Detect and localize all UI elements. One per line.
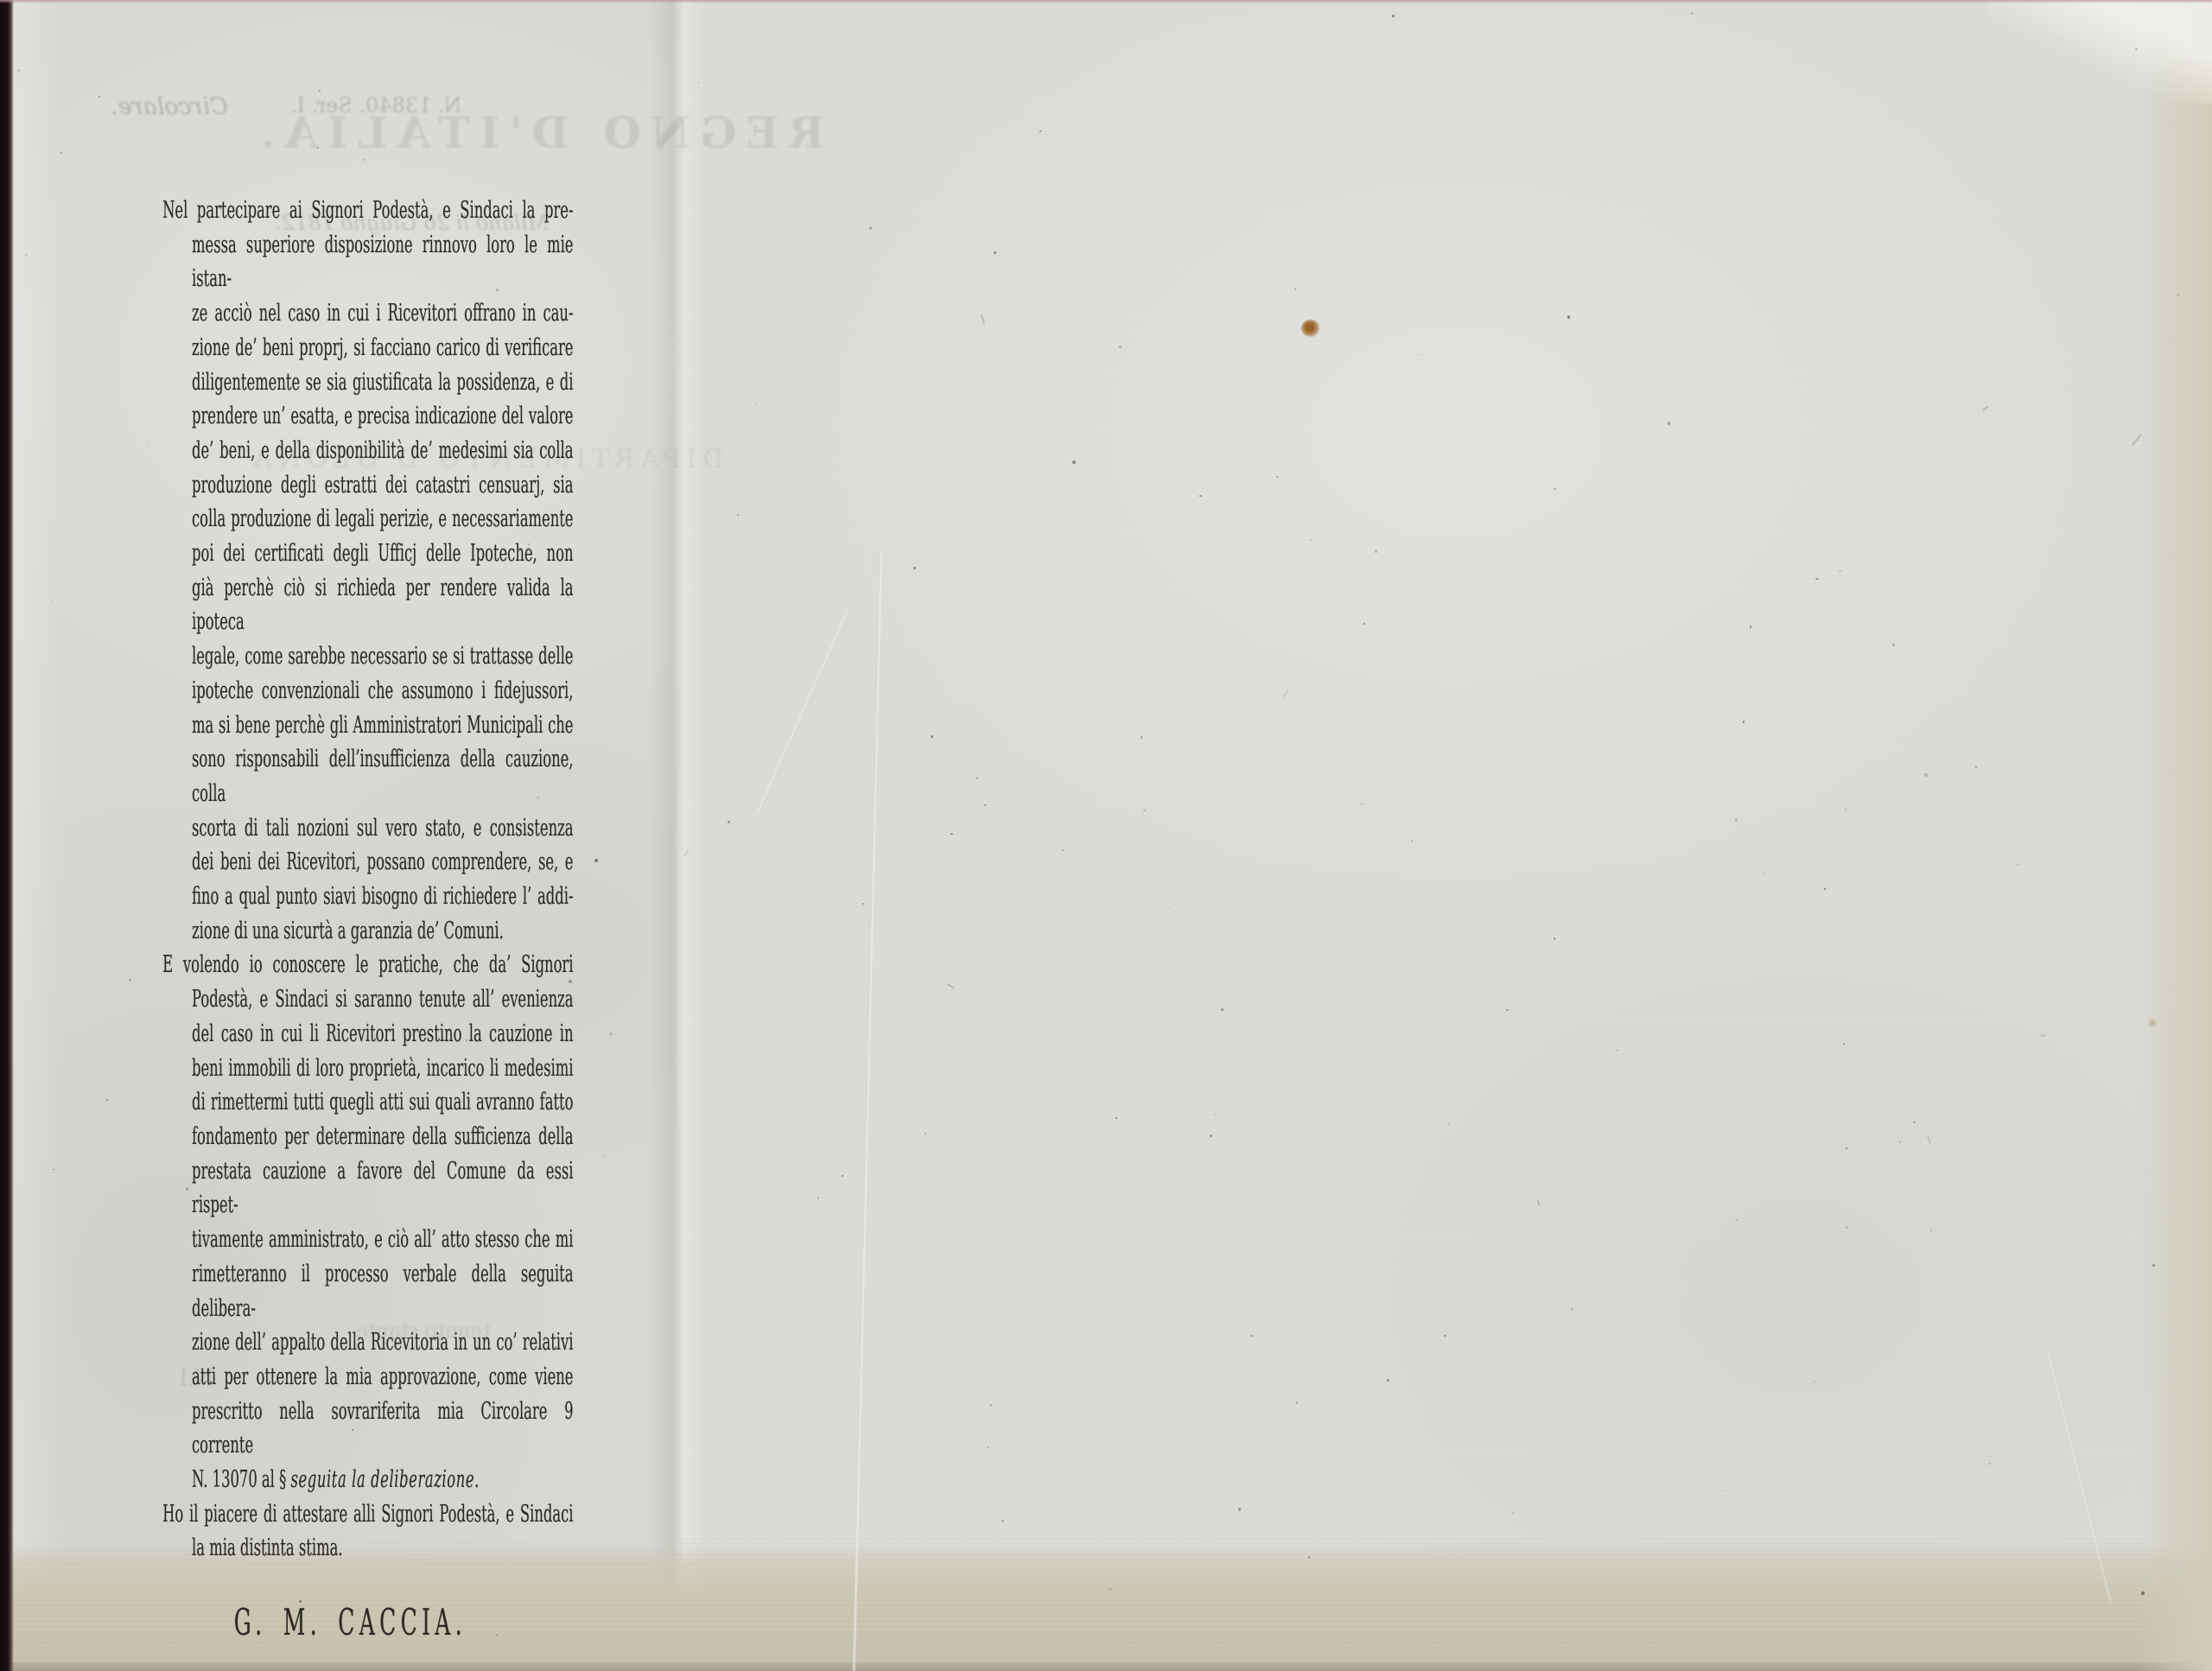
deckle-right-edge [2138, 0, 2212, 1671]
paper-speck [569, 980, 571, 983]
paper-speck [976, 777, 977, 779]
paper-speck [989, 1404, 991, 1407]
text-line: zione de’ beni proprj, si facciano caric… [192, 331, 573, 365]
paper-speck [862, 903, 864, 905]
text-line: E volendo io conoscere le pratiche, che … [162, 948, 573, 982]
body-text-block: Nel partecipare ai Signori Podestà, e Si… [192, 194, 573, 1640]
text-line: scorta di tali nozioni sul vero stato, e… [192, 811, 573, 846]
paper-speck [1839, 570, 1840, 573]
text-line: di rimettermi tutti quegli atti sui qual… [192, 1085, 573, 1120]
paper-speck [1199, 495, 1201, 497]
paper-speck [186, 1187, 188, 1191]
paper-speck [1913, 1121, 1915, 1124]
paper-speck [1072, 461, 1075, 464]
paper-speck [1143, 810, 1146, 812]
paper-speck [25, 254, 26, 256]
text-line: prendere un’ esatta, e precisa indicazio… [192, 399, 573, 434]
bent-corner [1987, 0, 2212, 104]
text-line: poi dei certificati degli Ufficj delle I… [192, 537, 573, 571]
paper-speck [931, 735, 933, 738]
text-line: produzione degli estratti dei catastri c… [192, 468, 573, 503]
text-line: già perchè ciò si richieda per rendere v… [192, 571, 573, 639]
paper-speck [817, 1198, 818, 1199]
text-line: diligentemente se sia giustificata la po… [192, 365, 573, 400]
text-line: de’ beni, e della disponibilità de’ mede… [192, 434, 573, 468]
text-line: dei beni dei Ricevitori, possano compren… [192, 845, 573, 880]
paper-speck [1691, 12, 1694, 14]
paper-speck [1750, 626, 1752, 627]
paper-speck [1001, 1520, 1004, 1522]
paper-speck [1116, 1117, 1116, 1119]
scan-top-edge [0, 0, 2212, 3]
paper-speck [1617, 1050, 1618, 1051]
paper-speck [1119, 346, 1122, 348]
paper-speck [1238, 1508, 1241, 1510]
paper-speck [1924, 773, 1927, 777]
paper-speck [129, 979, 131, 981]
paper-speck [496, 1635, 497, 1636]
paper-speck [1930, 1229, 1932, 1230]
foxing-stain [2146, 1018, 2158, 1028]
paper-speck [1554, 488, 1556, 490]
paper-speck [2141, 1592, 2144, 1595]
paper-speck [319, 90, 321, 91]
paper-speck [2135, 48, 2137, 50]
paper-speck [1392, 15, 1395, 17]
signature: G. M. CACCIA. [234, 1605, 574, 1640]
text-line: rimetteranno il processo verbale della s… [192, 1257, 573, 1325]
text-line: del caso in cui li Ricevitori prestino l… [192, 1017, 573, 1052]
text-line: ipoteche convenzionali che assumono i fi… [192, 674, 573, 708]
paper-speck [1567, 315, 1570, 318]
paper-speck [1843, 1043, 1845, 1045]
text-line: sono risponsabili dell’insufficienza del… [192, 742, 573, 810]
paper-fiber [2038, 1034, 2046, 1036]
paper-speck [2177, 294, 2179, 295]
paper-speck [2017, 864, 2018, 866]
text-line: fondamento per determinare della suffici… [192, 1120, 573, 1154]
paper-speck [1506, 1009, 1508, 1011]
paper-speck [756, 404, 757, 405]
bottom-edge-shadow [9, 1662, 2212, 1671]
paper-speck [352, 1429, 353, 1431]
paper-speck [1988, 1463, 1991, 1465]
text-line: colla produzione di legali perizie, e ne… [192, 502, 573, 537]
paper-speck [1141, 736, 1143, 739]
text-line: beni immobili di loro proprietà, incaric… [192, 1052, 573, 1086]
text-line: zione dell’ appalto della Ricevitoria in… [192, 1325, 573, 1360]
text-line: legale, come sarebbe necessario se si tr… [192, 639, 573, 674]
text-line: Nel partecipare ai Signori Podestà, e Si… [162, 194, 573, 228]
paper-speck [1814, 1381, 1815, 1382]
text-line: Podestà, e Sindaci si saranno tenute all… [192, 982, 573, 1017]
text-line: ze acciò nel caso in cui i Ricevitori of… [192, 296, 573, 331]
text-line: messa superiore disposizione rinnovo lor… [192, 228, 573, 296]
paper-speck [496, 289, 499, 291]
text-line: zione di una sicurtà a garanzia de’ Comu… [192, 914, 573, 949]
paper-speck [1250, 1335, 1253, 1337]
paper-speck [1668, 422, 1670, 424]
paper-speck [2152, 1264, 2155, 1267]
paper-speck [1062, 849, 1064, 851]
right-page [677, 0, 2212, 1671]
paper-speck [1210, 1134, 1212, 1137]
paper-speck [1845, 809, 1846, 810]
text-line: fino a qual punto siavi bisogno di richi… [192, 880, 573, 914]
paper-speck [2113, 1237, 2114, 1238]
text-line: tivamente amministrato, e ciò all’ atto … [192, 1223, 573, 1257]
bleedthrough-circolare: Circolare. [111, 93, 228, 120]
paper-speck [1276, 476, 1279, 478]
text-line: prestata cauzione a favore del Comune da… [192, 1154, 573, 1223]
paper-speck [60, 152, 62, 154]
text-line: Ho il piacere di attestare alli Signori … [162, 1497, 573, 1532]
text-line: atti per ottenere la mia approvazione, c… [192, 1360, 573, 1395]
text-line: prescritto nella sovrariferita mia Circo… [192, 1395, 573, 1463]
text-line: ma si bene perchè gli Amministratori Mun… [192, 708, 573, 743]
scan-backing-edge [0, 0, 14, 1671]
paper-speck [1294, 288, 1296, 289]
paper-speck [698, 81, 699, 82]
text-line: la mia distinta stima. [192, 1531, 573, 1566]
paper-speck [407, 861, 410, 864]
paper-speck [737, 514, 739, 516]
paper-speck [610, 1032, 612, 1035]
bleedthrough-masthead: REGNO D'ITALIA. [251, 107, 824, 158]
document-scan: Circolare. N. 13840. Ser. I. REGNO D'ITA… [0, 0, 2212, 1671]
text-line: N. 13070 al § seguita la deliberazione. [192, 1463, 573, 1497]
paper-speck [1824, 888, 1826, 889]
paper-speck [594, 859, 597, 862]
paper-speck [987, 1446, 988, 1448]
paper-speck [925, 1133, 926, 1134]
foxing-stain [1301, 320, 1320, 337]
gutter-fold [650, 0, 705, 1671]
paper-speck [1815, 578, 1818, 581]
paper-speck [147, 442, 148, 442]
paper-speck [1743, 721, 1745, 723]
